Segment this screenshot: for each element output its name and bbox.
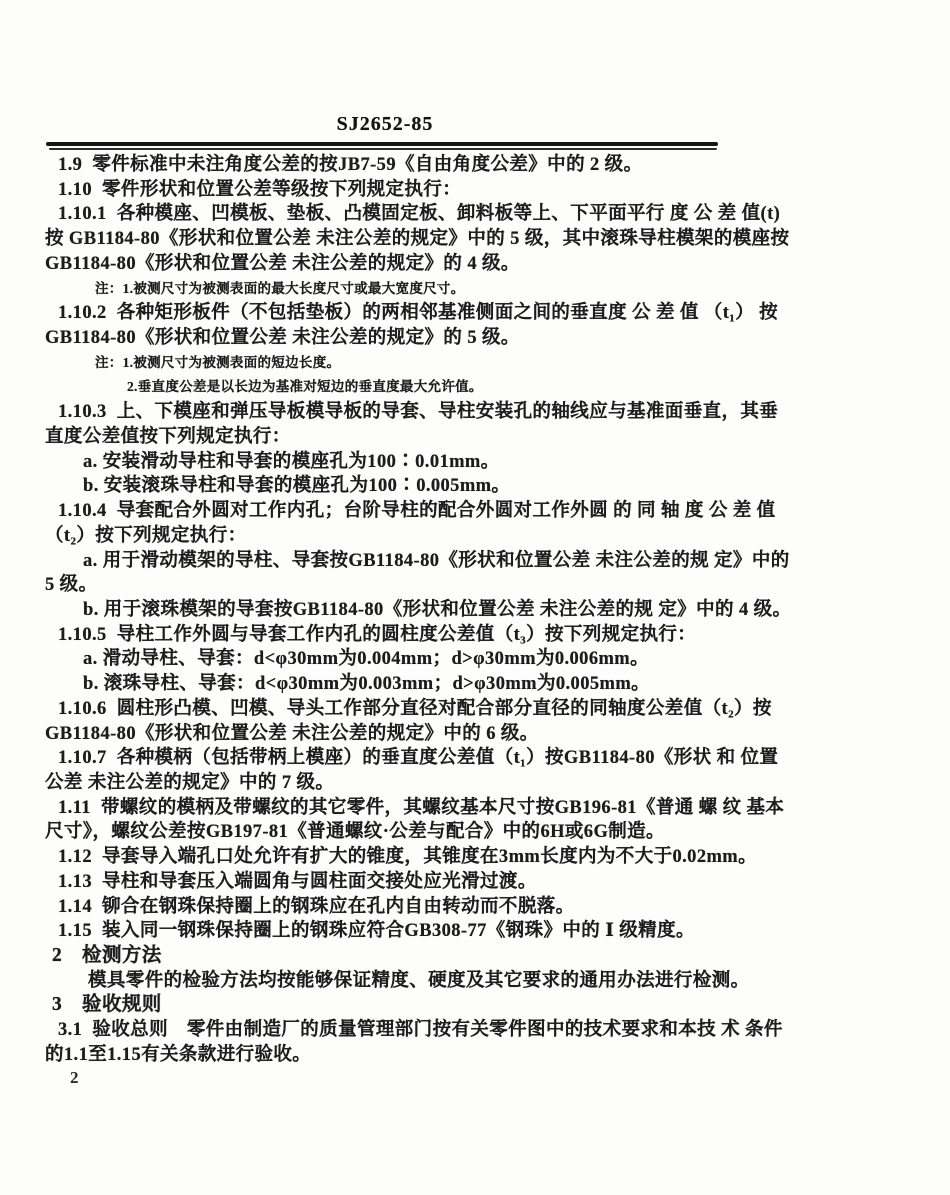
doc-line-17: a. 用于滑动模架的导柱、导套按GB1184-80《形状和位置公差 未注公差的规… bbox=[45, 549, 897, 574]
doc-line-9: 注：1.被测尺寸为被测表面的短边长度。 bbox=[45, 351, 897, 376]
doc-line-12: 直度公差值按下列规定执行： bbox=[45, 425, 897, 450]
header-rule-thin bbox=[49, 148, 717, 150]
doc-line-6: 注：1.被测尺寸为被测表面的最大长度尺寸或最大宽度尺寸。 bbox=[45, 277, 897, 302]
doc-line-28: 尺寸》，螺纹公差按GB197-81《普通螺纹·公差与配合》中的6H或6G制造。 bbox=[45, 820, 897, 845]
doc-line-21: a. 滑动导柱、导套：d<φ30mm为0.004mm；d>φ30mm为0.006… bbox=[45, 647, 897, 672]
doc-line-2: 1.10 零件形状和位置公差等级按下列规定执行： bbox=[45, 178, 897, 203]
doc-line-10: 2.垂直度公差是以长边为基准对短边的垂直度最大允许值。 bbox=[45, 375, 897, 400]
doc-line-8: GB1184-80《形状和位置公差 未注公差的规定》的 5 级。 bbox=[45, 326, 897, 351]
doc-line-5: GB1184-80《形状和位置公差 未注公差的规定》的 4 级。 bbox=[45, 252, 897, 277]
doc-line-7: 1.10.2 各种矩形板件（不包括垫板）的两相邻基准侧面之间的垂直度 公 差 值… bbox=[45, 301, 897, 326]
doc-line-20: 1.10.5 导柱工作外圆与导套工作内孔的圆柱度公差值（t₃）按下列规定执行： bbox=[45, 623, 897, 648]
doc-line-31: 1.14 铆合在钢珠保持圈上的钢珠应在孔内自由转动而不脱落。 bbox=[45, 895, 897, 920]
doc-line-23: 1.10.6 圆柱形凸模、凹模、导头工作部分直径对配合部分直径的同轴度公差值（t… bbox=[45, 697, 897, 722]
doc-line-16: （t₂）按下列规定执行： bbox=[45, 524, 897, 549]
doc-line-18: 5 级。 bbox=[45, 573, 897, 598]
doc-line-37: 的1.1至1.15有关条款进行验收。 bbox=[45, 1043, 897, 1068]
doc-line-22: b. 滚珠导柱、导套：d<φ30mm为0.003mm；d>φ30mm为0.005… bbox=[45, 672, 897, 697]
doc-line-34: 模具零件的检验方法均按能够保证精度、硬度及其它要求的通用办法进行检测。 bbox=[45, 969, 897, 994]
doc-line-25: 1.10.7 各种模柄（包括带柄上模座）的垂直度公差值（t₁）按GB1184-8… bbox=[45, 746, 897, 771]
doc-line-36: 3.1 验收总则 零件由制造厂的质量管理部门按有关零件图中的技术要求和本技 术 … bbox=[45, 1018, 897, 1043]
doc-line-26: 公差 未注公差的规定》中的 7 级。 bbox=[45, 771, 897, 796]
doc-line-29: 1.12 导套导入端孔口处允许有扩大的锥度，其锥度在3mm长度内为不大于0.02… bbox=[45, 845, 897, 870]
page-number: 2 bbox=[70, 1068, 79, 1088]
standard-number-header: SJ2652-85 bbox=[240, 113, 530, 136]
doc-line-11: 1.10.3 上、下模座和弹压导板模导板的导套、导柱安装孔的轴线应与基准面垂直，… bbox=[45, 400, 897, 425]
doc-line-3: 1.10.1 各种模座、凹模板、垫板、凸模固定板、卸料板等上、下平面平行 度 公… bbox=[45, 202, 897, 227]
doc-line-32: 1.15 装入同一钢珠保持圈上的钢珠应符合GB308-77《钢珠》中的 Ⅰ 级精… bbox=[45, 919, 897, 944]
doc-line-13: a. 安装滑动导柱和导套的模座孔为100∶0.01mm。 bbox=[45, 450, 897, 475]
doc-line-15: 1.10.4 导套配合外圆对工作内孔；台阶导柱的配合外圆对工作外圆 的 同 轴 … bbox=[45, 499, 897, 524]
document-lines: 1.9 零件标准中未注角度公差的按JB7-59《自由角度公差》中的 2 级。1.… bbox=[45, 153, 897, 1068]
doc-line-30: 1.13 导柱和导套压入端圆角与圆柱面交接处应光滑过渡。 bbox=[45, 870, 897, 895]
doc-line-4: 按 GB1184-80《形状和位置公差 未注公差的规定》中的 5 级，其中滚珠导… bbox=[45, 227, 897, 252]
doc-line-1: 1.9 零件标准中未注角度公差的按JB7-59《自由角度公差》中的 2 级。 bbox=[45, 153, 897, 178]
doc-line-33: 2 检测方法 bbox=[45, 944, 897, 969]
doc-line-35: 3 验收规则 bbox=[45, 993, 897, 1018]
header-rule-thick bbox=[46, 142, 718, 146]
doc-line-19: b. 用于滚珠模架的导套按GB1184-80《形状和位置公差 未注公差的规 定》… bbox=[45, 598, 897, 623]
doc-line-27: 1.11 带螺纹的模柄及带螺纹的其它零件，其螺纹基本尺寸按GB196-81《普通… bbox=[45, 796, 897, 821]
doc-line-24: GB1184-80《形状和位置公差 未注公差的规定》中的 6 级。 bbox=[45, 722, 897, 747]
scanned-document-page: SJ2652-85 1.9 零件标准中未注角度公差的按JB7-59《自由角度公差… bbox=[0, 0, 950, 1195]
doc-line-14: b. 安装滚珠导柱和导套的模座孔为100∶0.005mm。 bbox=[45, 474, 897, 499]
